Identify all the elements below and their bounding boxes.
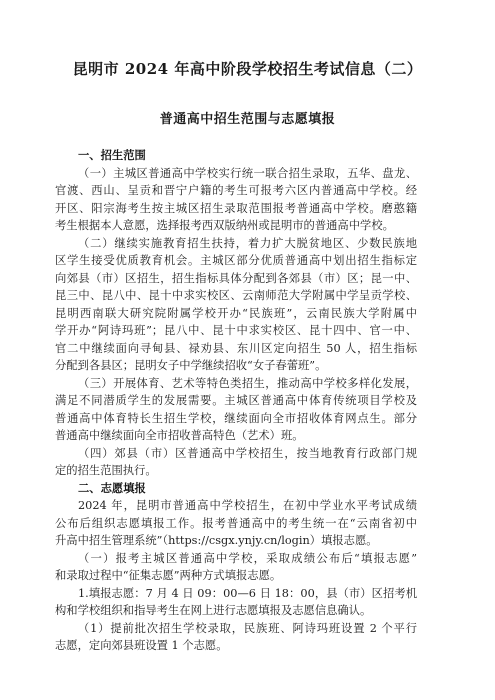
doc-line: 普通高中体育特长生招生学校，继续面向全市招收体育网点生。部分: [55, 410, 417, 428]
document-subtitle: 普通高中招生范围与志愿填报: [0, 112, 495, 127]
doc-line: 普通高中继续面向全市招收普高特色（艺术）班。: [55, 427, 417, 445]
doc-line: （一）主城区普通高中学校实行统一联合招生录取，五华、盘龙、: [55, 165, 417, 183]
doc-line: 开区、阳宗海考生按主城区招生录取范围报考普通高中学校。磨憨籍: [55, 200, 417, 218]
document-body: 一、招生范围（一）主城区普通高中学校实行统一联合招生录取，五华、盘龙、官渡、西山…: [55, 147, 417, 655]
doc-line: （四）郊县（市）区普通高中学校招生，按当地教育行政部门规: [55, 445, 417, 463]
doc-line: 公布后组织志愿填报工作。报考普通高中的考生统一在“云南省初中: [55, 515, 417, 533]
doc-line: 志愿，定向郊县班设置 1 个志愿。: [55, 637, 417, 655]
doc-line: 和录取过程中“征集志愿”两种方式填报志愿。: [55, 567, 417, 585]
doc-line: 昆三中、昆八中、昆十中求实校区、云南师范大学附属中学呈贡学校、: [55, 287, 417, 305]
doc-line: 构和学校组织和指导考生在网上进行志愿填报及志愿信息确认。: [55, 602, 417, 620]
doc-section-heading: 二、志愿填报: [55, 480, 417, 498]
doc-line: 满足不同潜质学生的发展需要。主城区普通高中体育传统项目学校及: [55, 392, 417, 410]
doc-line: （一）报考主城区普通高中学校，采取成绩公布后“填报志愿”: [55, 550, 417, 568]
doc-line: 官二中继续面向寻甸县、禄劝县、东川区定向招生 50 人，招生指标: [55, 340, 417, 358]
doc-line: 升高中招生管理系统”（https://csgx.ynjy.cn/login）填报…: [55, 532, 417, 550]
doc-line: 定的招生范围执行。: [55, 462, 417, 480]
doc-line: （1）提前批次招生学校录取，民族班、阿诗玛班设置 2 个平行: [55, 620, 417, 638]
document-page: 昆明市 2024 年高中阶段学校招生考试信息（二） 普通高中招生范围与志愿填报 …: [0, 0, 495, 700]
doc-line: 2024 年，昆明市普通高中学校招生，在初中学业水平考试成绩: [55, 497, 417, 515]
doc-section-heading: 一、招生范围: [55, 147, 417, 165]
doc-line: 官渡、西山、呈贡和晋宁户籍的考生可报考六区内普通高中学校。经: [55, 182, 417, 200]
doc-line: 向郊县（市）区招生，招生指标具体分配到各郊县（市）区；昆一中、: [55, 270, 417, 288]
doc-line: 昆明西南联大研究院附属学校开办“民族班”，云南民族大学附属中: [55, 305, 417, 323]
doc-line: 分配到各县区；昆明女子中学继续招收“女子春蕾班”。: [55, 357, 417, 375]
doc-line: 区学生接受优质教育机会。主城区部分优质普通高中划出招生指标定: [55, 252, 417, 270]
document-title: 昆明市 2024 年高中阶段学校招生考试信息（二）: [0, 0, 495, 78]
doc-line: 1.填报志愿：7 月 4 日 09：00—6 日 18：00，县（市）区招考机: [55, 585, 417, 603]
doc-line: （二）继续实施教育招生扶持，着力扩大脱贫地区、少数民族地: [55, 235, 417, 253]
doc-line: （三）开展体育、艺术等特色类招生，推动高中学校多样化发展，: [55, 375, 417, 393]
doc-line: 学开办“阿诗玛班”；昆八中、昆十中求实校区、昆十四中、官一中、: [55, 322, 417, 340]
doc-line: 考生根据本人意愿，选择报考西双版纳州或昆明市的普通高中学校。: [55, 217, 417, 235]
